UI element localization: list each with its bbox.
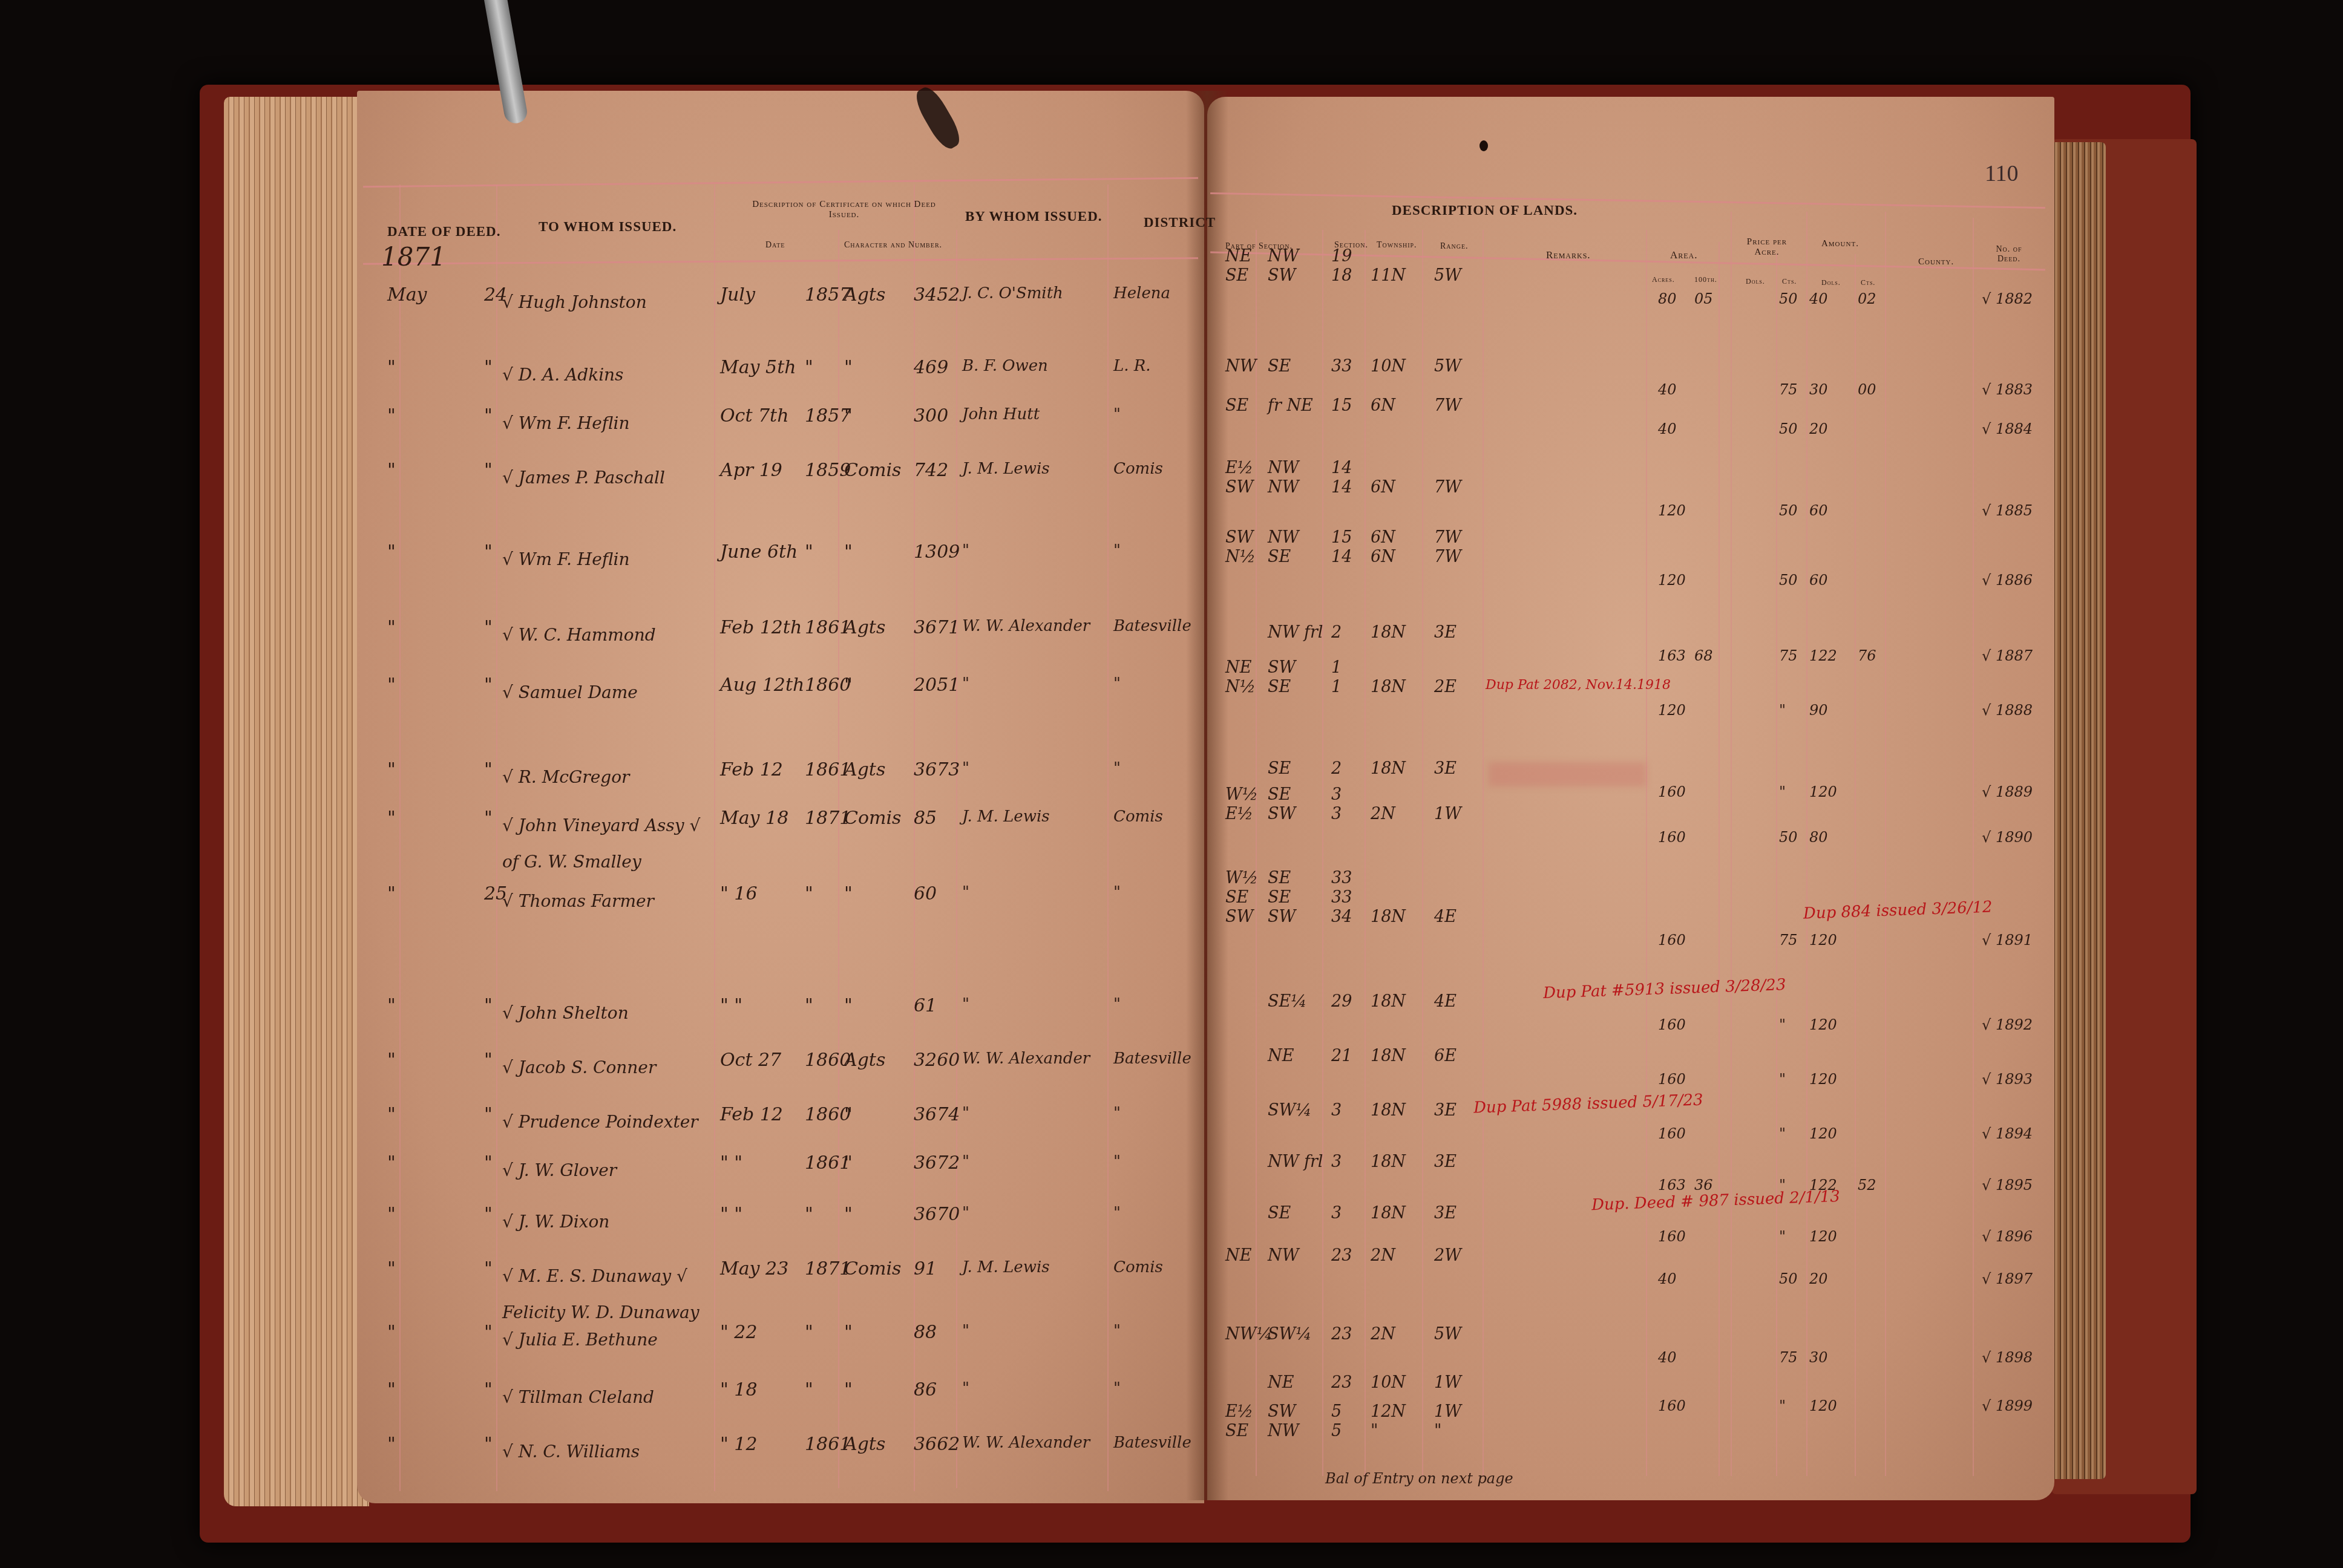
cell-price-cts: " [1779,702,1786,719]
cell-character: " [844,1152,853,1174]
cell-acres: 160 [1658,1016,1686,1033]
cell-district: " [1113,759,1121,777]
cell-township: 18N [1371,759,1406,778]
cell-acres: 40 [1658,1270,1677,1287]
erased-remark [1489,762,1646,786]
cell-subdivision: SE [1268,759,1291,778]
cell-name: √ N. C. Williams [502,1434,640,1470]
cell-township: 2N [1371,1325,1395,1344]
col-rule [1719,242,1720,1476]
header-certificate-description: Description of Certificate on which Deed… [744,200,944,220]
cell-day: " [484,995,493,1016]
cell-section: 3 [1331,1152,1342,1171]
cell-cert-date: Oct 27 [720,1050,781,1071]
cell-district: Batesville [1113,1434,1191,1452]
cell-deed-no: √ 1885 [1982,502,2033,519]
cell-section: 2 [1331,759,1342,778]
cell-subdivision: SW¼ [1268,1101,1311,1120]
cell-district: " [1113,883,1121,901]
cell-number: 88 [914,1322,937,1343]
cell-number: 3670 [914,1204,960,1225]
cell-name: √ Thomas Farmer [502,883,654,920]
cell-deed-no: √ 1884 [1982,420,2033,437]
cell-part-of-section: NW [1225,357,1256,376]
cell-price-cts: 50 [1779,420,1798,437]
cell-character: " [844,675,853,696]
cell-range: 5W [1434,266,1461,285]
cell-acres: 160 [1658,1228,1686,1245]
cell-subdivision: SW [1268,805,1296,823]
cell-part-of-section: W½ [1225,785,1258,804]
cell-amount-dols: 122 [1809,647,1837,664]
cell-by-whom: B. F. Owen [962,357,1048,375]
cell-month: " [387,460,396,481]
cell-month: " [387,1152,396,1174]
cell-number: 2051 [914,675,960,696]
cell-range: 3E [1434,759,1457,778]
cell-district: " [1113,1379,1121,1397]
cell-section: 3 [1331,1204,1342,1223]
cell-month: " [387,1104,396,1125]
cell-amount-dols: 120 [1809,783,1837,800]
cell-township: 18N [1371,907,1406,926]
cell-character: " [844,357,853,378]
cell-range: 1W [1434,1373,1461,1392]
cell-day: " [484,759,493,780]
cell-day: " [484,1322,493,1343]
cell-amount-dols: 120 [1809,1125,1837,1142]
cell-district: Batesville [1113,617,1191,635]
cell-number: 60 [914,883,937,904]
cell-day: " [484,1152,493,1174]
cell-range: 7W [1434,547,1461,566]
cell-township: 6N [1371,478,1395,497]
cell-subdivision: NW [1268,459,1299,477]
cell-amount-dols: 40 [1809,290,1828,307]
cell-range: 5W [1434,1325,1461,1344]
cell-deed-no: √ 1897 [1982,1270,2033,1287]
cell-district: " [1113,995,1121,1013]
cell-range: 3E [1434,623,1457,642]
cell-deed-no: √ 1889 [1982,783,2033,800]
cell-district: " [1113,1104,1121,1122]
cell-section: 3 [1331,805,1342,823]
cell-price-cts: " [1779,1016,1786,1033]
header-character-number: Character and Number. [844,241,942,250]
cell-by-whom: " [962,1204,969,1222]
cell-part-of-section: N½ [1225,678,1256,696]
cell-subdivision: SW [1268,658,1296,677]
cell-number: 3260 [914,1050,960,1071]
cell-number: 3452 [914,284,960,305]
cell-section: 18 [1331,266,1352,285]
cell-deed-no: √ 1890 [1982,829,2033,846]
cell-cert-date: Feb 12 [720,759,783,780]
cell-cert-date: " " [720,995,742,1016]
cell-cert-year: " [805,995,813,1016]
header-price-cts: Cts. [1782,277,1797,286]
cell-day: " [484,1050,493,1071]
cell-part-of-section: NE [1225,658,1251,677]
col-rule [1322,230,1323,1476]
cell-month: " [387,1050,396,1071]
cell-day: " [484,617,493,638]
header-amount: Amount. [1821,239,1859,249]
cell-district: L. R. [1113,357,1151,375]
cell-acres: 160 [1658,783,1686,800]
cell-day: " [484,808,493,829]
cell-price-cts: 75 [1779,1349,1798,1366]
header-price-per-acre: Price per Acre. [1734,237,1800,258]
header-district: DISTRICT [1144,215,1216,230]
cell-character: " [844,1379,853,1400]
col-rule [1776,254,1777,1476]
cell-section: 3 [1331,1101,1342,1120]
cell-deed-no: √ 1894 [1982,1125,2033,1142]
cell-amount-dols: 20 [1809,1270,1828,1287]
cell-price-cts: " [1779,1071,1786,1088]
cell-number: 3662 [914,1434,960,1455]
cell-by-whom: J. M. Lewis [962,1258,1050,1276]
cell-acres: 160 [1658,1397,1686,1414]
cell-part-of-section: E½ [1225,459,1253,477]
cell-by-whom: " [962,1322,969,1340]
header-date-of-deed: DATE OF DEED. [387,224,500,240]
cell-month: " [387,1322,396,1343]
cell-subdivision: NW [1268,528,1299,547]
cell-character: Agts [844,759,885,780]
cell-number: 86 [914,1379,937,1400]
cell-name: √ M. E. S. Dunaway √ Felicity W. D. Duna… [502,1258,720,1331]
cell-character: Agts [844,1050,885,1071]
cell-range: 3E [1434,1204,1457,1223]
cell-month: " [387,995,396,1016]
cell-cert-year: " [805,357,813,378]
cell-number: 469 [914,357,948,378]
cell-section: 23 [1331,1373,1352,1392]
cell-township: 18N [1371,623,1406,642]
cell-subdivision: NE [1268,1373,1294,1392]
cell-price-cts: 50 [1779,290,1798,307]
cell-section: 2 [1331,623,1342,642]
cell-range: 6E [1434,1047,1457,1065]
cell-subdivision: SE [1268,357,1291,376]
col-rule [914,185,915,1491]
cell-by-whom: " [962,1152,969,1171]
cell-section: 1 [1331,658,1342,677]
cell-part-of-section: SE [1225,266,1248,285]
cell-name: √ Julia E. Bethune [502,1322,658,1358]
cell-district: Comis [1113,460,1163,478]
cell-deed-no: √ 1893 [1982,1071,2033,1088]
cell-by-whom: J. M. Lewis [962,808,1050,826]
cell-subdivision: SW¼ [1268,1325,1311,1344]
cell-subdivision: SW [1268,266,1296,285]
page-number: 110 [1985,160,2019,187]
cell-character: " [844,1204,853,1225]
cell-part-of-section: E½ [1225,1402,1253,1421]
header-cert-date: Date [765,241,785,250]
col-rule [1256,230,1257,1476]
cell-range: 3E [1434,1152,1457,1171]
cell-cert-year: " [805,1322,813,1343]
cell-township: 6N [1371,547,1395,566]
cell-cert-date: May 23 [720,1258,788,1279]
cell-month: " [387,675,396,696]
header-county: County. [1918,257,1954,267]
cell-day: " [484,1104,493,1125]
cell-month: " [387,1204,396,1225]
cell-district: " [1113,1322,1121,1340]
cell-district: " [1113,1152,1121,1171]
cell-part-of-section: SE [1225,888,1248,907]
cell-section: 5 [1331,1402,1342,1421]
cell-hundredths: 68 [1694,647,1713,664]
cell-township: 2N [1371,805,1395,823]
cell-subdivision: NW [1268,1422,1299,1440]
col-rule [1646,230,1647,1476]
cell-day: " [484,405,493,426]
header-acres: Acres. [1652,275,1675,284]
cell-month: " [387,541,396,563]
cell-name: √ John Vineyard Assy √ of G. W. Smalley [502,808,720,880]
cell-acres: 160 [1658,932,1686,949]
cell-character: Agts [844,284,885,305]
cell-acres: 160 [1658,829,1686,846]
cell-amount-cts: 76 [1858,647,1876,664]
cell-subdivision: SW [1268,1402,1296,1421]
cell-number: 300 [914,405,948,426]
cell-deed-no: √ 1898 [1982,1349,2033,1366]
cell-subdivision: SE [1268,1204,1291,1223]
col-rule [1107,185,1109,1491]
cell-cert-date: " 16 [720,883,758,904]
cell-subdivision: SE [1268,678,1291,696]
header-range: Range. [1440,242,1469,252]
cell-character: " [844,883,853,904]
cell-name: √ D. A. Adkins [502,357,623,393]
cell-hundredths: 36 [1694,1177,1713,1194]
cell-township: " [1371,1422,1378,1440]
cell-deed-no: √ 1891 [1982,932,2033,949]
cell-by-whom: J. M. Lewis [962,460,1050,478]
cell-township: 18N [1371,1152,1406,1171]
cell-by-whom: " [962,1379,969,1397]
cell-section: 14 [1331,547,1352,566]
cell-amount-dols: 120 [1809,1016,1837,1033]
cell-character: " [844,1322,853,1343]
cell-section: 23 [1331,1246,1352,1265]
cell-part-of-section: NE [1225,1246,1251,1265]
col-rule [1806,212,1807,1476]
cell-amount-cts: 00 [1858,381,1876,398]
cell-part-of-section: N½ [1225,547,1256,566]
header-remarks: Remarks. [1546,249,1591,261]
cell-range: 2E [1434,678,1457,696]
cell-month: " [387,808,396,829]
cell-amount-dols: 120 [1809,932,1837,949]
footer-note: Bal of Entry on next page [1325,1470,1513,1487]
cell-part-of-section: NW¼ [1225,1325,1273,1344]
cell-section: 33 [1331,357,1352,376]
cell-price-cts: 50 [1779,502,1798,519]
cell-cert-year: " [805,1204,813,1225]
cell-subdivision: SE¼ [1268,992,1306,1011]
cell-amount-dols: 120 [1809,1397,1837,1414]
cell-cert-date: Feb 12th [720,617,802,638]
cell-number: 3671 [914,617,960,638]
cell-amount-dols: 120 [1809,1228,1837,1245]
cell-amount-dols: 60 [1809,502,1828,519]
cell-cert-date: Feb 12 [720,1104,783,1125]
cell-month: " [387,1379,396,1400]
cell-price-cts: 50 [1779,829,1798,846]
cell-name: √ Tillman Cleland [502,1379,654,1416]
cell-range: 1W [1434,1402,1461,1421]
cell-acres: 163 [1658,647,1686,664]
cell-section: 29 [1331,992,1352,1011]
cell-amount-dols: 60 [1809,572,1828,589]
cell-district: " [1113,1204,1121,1222]
cell-subdivision: NW frl [1268,623,1323,642]
cell-cert-date: Aug 12th [720,675,804,696]
cell-cert-date: " 22 [720,1322,758,1343]
cell-price-cts: 75 [1779,932,1798,949]
cell-price-cts: 50 [1779,1270,1798,1287]
cell-price-cts: 50 [1779,572,1798,589]
cell-subdivision: fr NE [1268,396,1313,415]
cell-deed-no: √ 1883 [1982,381,2033,398]
cell-section: 14 [1331,478,1352,497]
cell-by-whom: W. W. Alexander [962,1434,1090,1452]
cell-acres: 163 [1658,1177,1686,1194]
cell-name: √ Wm F. Heflin [502,541,630,578]
cell-acres: 40 [1658,1349,1677,1366]
cell-township: 11N [1371,266,1406,285]
cell-subdivision: SE [1268,785,1291,804]
cell-cert-year: " [805,541,813,563]
cell-subdivision: SE [1268,888,1291,907]
cell-character: " [844,541,853,563]
cell-part-of-section: SE [1225,396,1248,415]
cell-cert-year: " [805,883,813,904]
cell-price-cts: " [1779,1228,1786,1245]
cell-by-whom: W. W. Alexander [962,617,1090,635]
col-rule [496,185,497,1491]
col-rule [1973,218,1974,1476]
cell-amount-cts: 02 [1858,290,1876,307]
cell-township: 6N [1371,528,1395,547]
cell-month: " [387,1258,396,1279]
cell-month: " [387,759,396,780]
cell-district: Helena [1113,284,1170,302]
cell-amount-cts: 52 [1858,1177,1876,1194]
col-rule [1422,230,1423,1476]
cell-deed-no: √ 1882 [1982,290,2033,307]
header-price-dols: Dols. [1746,277,1765,286]
page-block-left [224,97,369,1506]
cell-by-whom: " [962,883,969,901]
ink-dot [1480,140,1488,151]
cell-range: 2W [1434,1246,1461,1265]
cell-section: 23 [1331,1325,1352,1344]
cell-name: √ Wm F. Heflin [502,405,630,442]
cell-section: 3 [1331,785,1342,804]
cell-range: " [1434,1422,1441,1440]
cell-range: 4E [1434,992,1457,1011]
cell-township: 10N [1371,357,1406,376]
cell-by-whom: John Hutt [962,405,1040,423]
cell-acres: 160 [1658,1125,1686,1142]
cell-deed-no: √ 1888 [1982,702,2033,719]
cell-section: 34 [1331,907,1352,926]
cell-name: √ Prudence Poindexter [502,1104,698,1140]
cell-cert-date: May 5th [720,357,796,378]
col-rule [1855,254,1856,1476]
col-rule [1885,212,1886,1476]
cell-deed-no: √ 1887 [1982,647,2033,664]
cell-number: 61 [914,995,937,1016]
cell-cert-date: Oct 7th [720,405,788,426]
cell-section: 1 [1331,678,1342,696]
cell-subdivision: NW [1268,1246,1299,1265]
year-heading: 1871 [381,242,446,272]
cell-deed-no: √ 1896 [1982,1228,2033,1245]
cell-day: " [484,357,493,378]
cell-part-of-section: E½ [1225,805,1253,823]
cell-subdivision: SE [1268,547,1291,566]
header-to-whom-issued: TO WHOM ISSUED. [539,219,677,235]
cell-name: √ Hugh Johnston [502,284,647,321]
cell-township: 6N [1371,396,1395,415]
cell-deed-no: √ 1886 [1982,572,2033,589]
cell-by-whom: " [962,541,969,560]
cell-month: " [387,357,396,378]
cell-cert-date: " " [720,1152,742,1174]
cell-name: √ John Shelton [502,995,629,1031]
cell-township: 12N [1371,1402,1406,1421]
cell-amount-dols: 20 [1809,420,1828,437]
cell-acres: 120 [1658,702,1686,719]
cell-day: " [484,1204,493,1225]
cell-acres: 120 [1658,502,1686,519]
cell-number: 85 [914,808,937,829]
cell-character: " [844,995,853,1016]
cell-range: 7W [1434,528,1461,547]
cell-by-whom: " [962,759,969,777]
cell-number: 742 [914,460,948,481]
cell-day: " [484,1434,493,1455]
cell-number: 91 [914,1258,937,1279]
cell-part-of-section: NE [1225,247,1251,266]
cell-by-whom: " [962,675,969,693]
cell-cert-year: " [805,1379,813,1400]
cell-by-whom: " [962,995,969,1013]
cell-name: √ J. W. Glover [502,1152,617,1189]
cell-day: " [484,1379,493,1400]
cell-price-cts: " [1779,1125,1786,1142]
cell-character: Agts [844,617,885,638]
cell-township: 10N [1371,1373,1406,1392]
cell-character: Comis [844,1258,901,1279]
cell-part-of-section: SE [1225,1422,1248,1440]
header-area: Area. [1670,249,1698,261]
cell-name: √ J. W. Dixon [502,1204,609,1240]
cell-name: √ James P. Paschall [502,460,665,496]
cell-hundredths: 05 [1694,290,1713,307]
cell-month: May [387,284,427,305]
cell-cert-date: " 18 [720,1379,758,1400]
